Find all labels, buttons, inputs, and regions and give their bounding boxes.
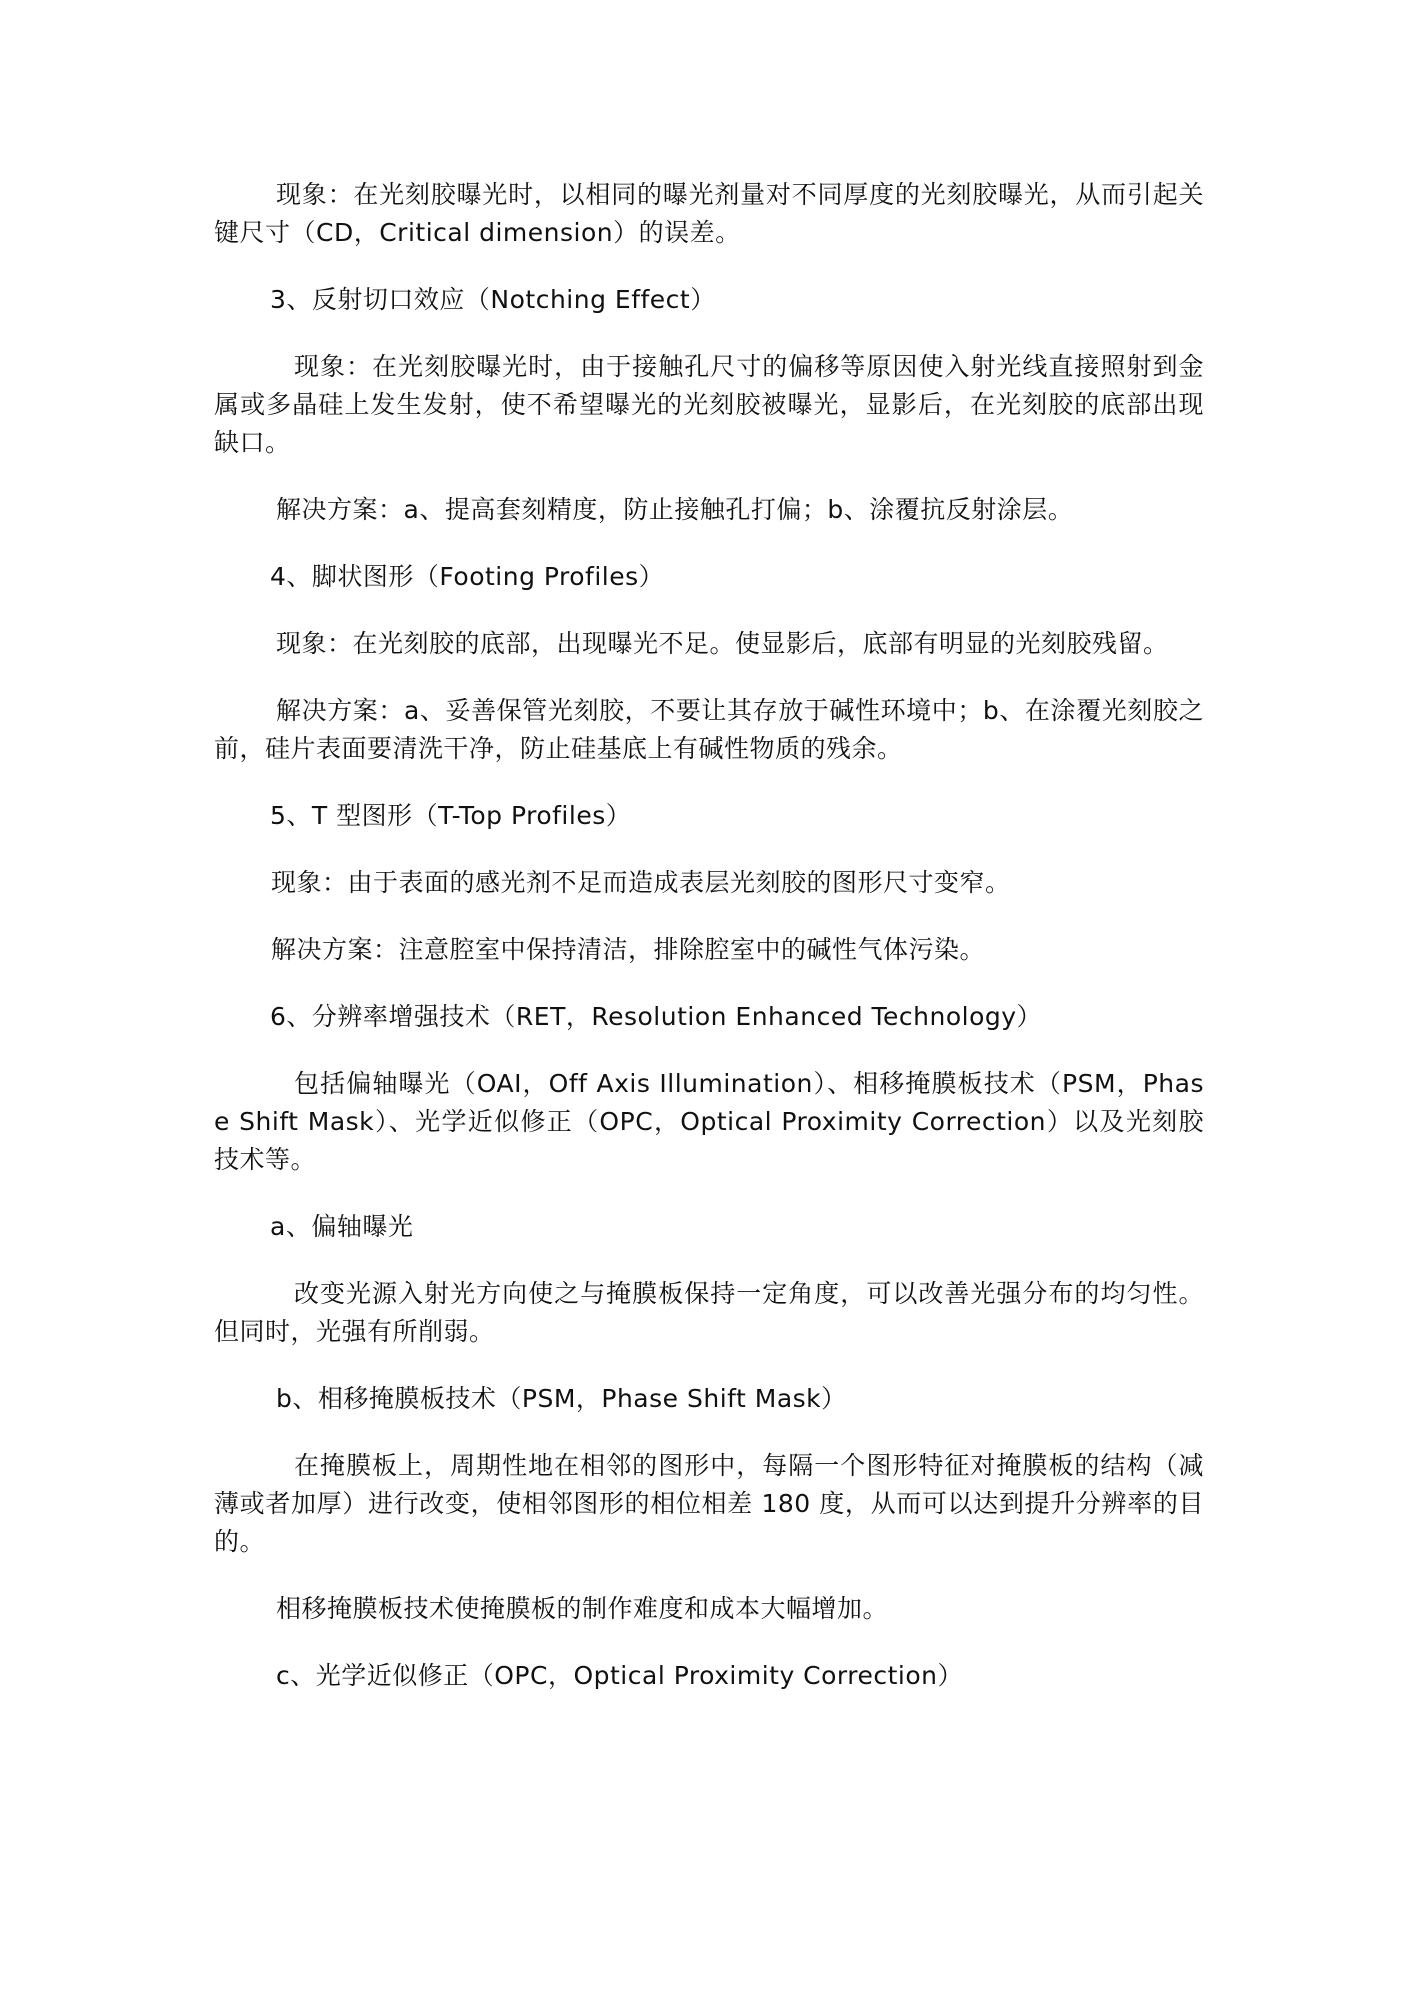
heading-notching-effect: 3、反射切口效应（Notching Effect） (214, 281, 1204, 319)
paragraph-ret-includes: 包括偏轴曝光（OAI，Off Axis Illumination）、相移掩膜板技… (214, 1065, 1204, 1179)
document-page: 现象：在光刻胶曝光时，以相同的曝光剂量对不同厚度的光刻胶曝光，从而引起关键尺寸（… (214, 176, 1204, 1724)
heading-optical-proximity-correction: c、光学近似修正（OPC，Optical Proximity Correctio… (214, 1657, 1204, 1695)
paragraph-psm-description: 在掩膜板上，周期性地在相邻的图形中，每隔一个图形特征对掩膜板的结构（减薄或者加厚… (214, 1447, 1204, 1561)
paragraph-footing-solution: 解决方案：a、妥善保管光刻胶，不要让其存放于碱性环境中；b、在涂覆光刻胶之前，硅… (214, 692, 1204, 768)
paragraph-psm-cost: 相移掩膜板技术使掩膜板的制作难度和成本大幅增加。 (214, 1590, 1204, 1628)
paragraph-t-top-phenomenon: 现象：由于表面的感光剂不足而造成表层光刻胶的图形尺寸变窄。 (214, 864, 1204, 902)
heading-phase-shift-mask: b、相移掩膜板技术（PSM，Phase Shift Mask） (214, 1380, 1204, 1418)
paragraph-notching-phenomenon: 现象：在光刻胶曝光时，由于接触孔尺寸的偏移等原因使入射光线直接照射到金属或多晶硅… (214, 348, 1204, 462)
heading-footing-profiles: 4、脚状图形（Footing Profiles） (214, 558, 1204, 596)
paragraph-footing-phenomenon: 现象：在光刻胶的底部，出现曝光不足。使显影后，底部有明显的光刻胶残留。 (214, 625, 1204, 663)
paragraph-notching-solution: 解决方案：a、提高套刻精度，防止接触孔打偏；b、涂覆抗反射涂层。 (214, 491, 1204, 529)
heading-t-top-profiles: 5、T 型图形（T-Top Profiles） (214, 797, 1204, 835)
paragraph-cd-error-phenomenon: 现象：在光刻胶曝光时，以相同的曝光剂量对不同厚度的光刻胶曝光，从而引起关键尺寸（… (214, 176, 1204, 252)
paragraph-t-top-solution: 解决方案：注意腔室中保持清洁，排除腔室中的碱性气体污染。 (214, 931, 1204, 969)
paragraph-off-axis-description: 改变光源入射光方向使之与掩膜板保持一定角度，可以改善光强分布的均匀性。但同时，光… (214, 1275, 1204, 1351)
heading-ret: 6、分辨率增强技术（RET，Resolution Enhanced Techno… (214, 998, 1204, 1036)
heading-off-axis-illumination: a、偏轴曝光 (214, 1208, 1204, 1246)
